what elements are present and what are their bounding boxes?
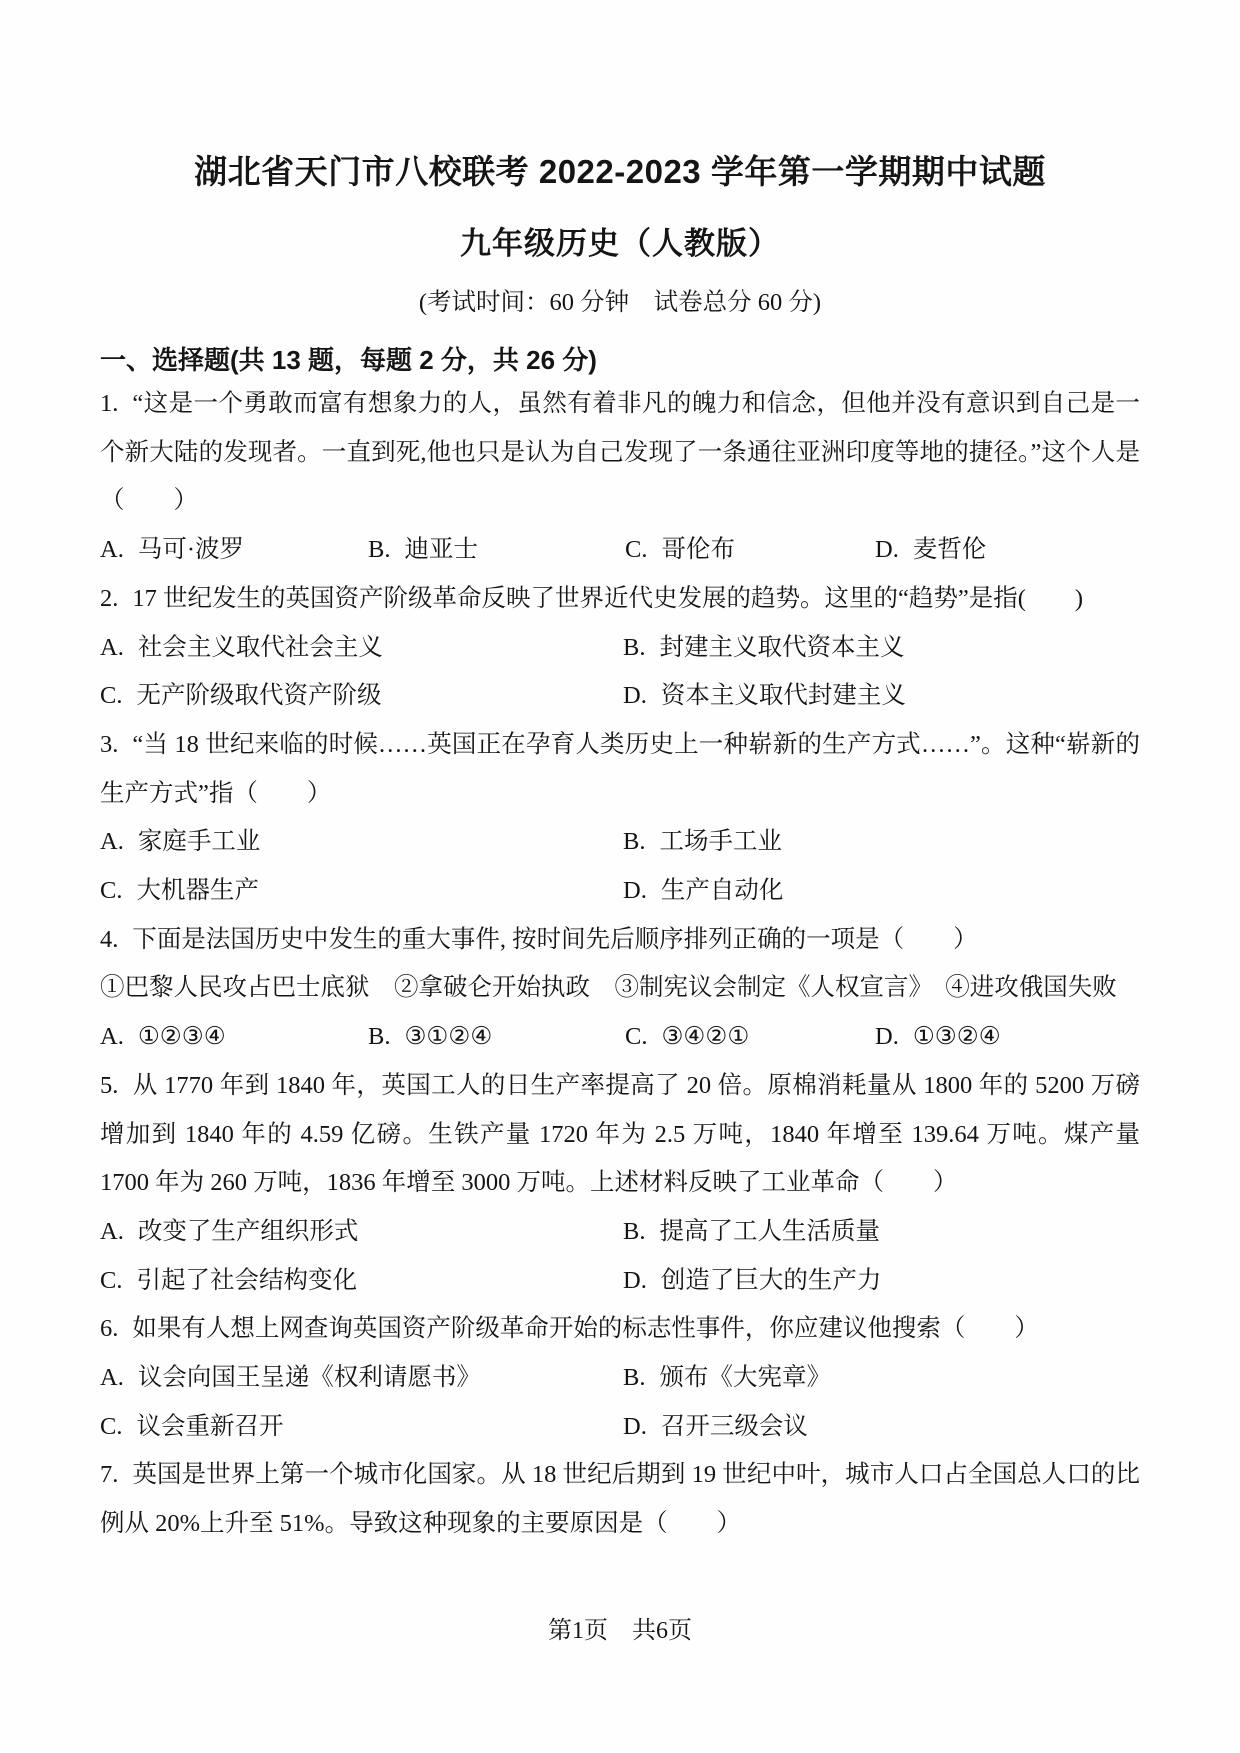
option-b: B.封建主义取代资本主义: [623, 624, 1140, 673]
option-text: 颁布《大宪章》: [659, 1364, 831, 1391]
option-c: C.无产阶级取代资产阶级: [100, 672, 623, 721]
option-label: D.: [623, 877, 647, 904]
question-6: 6.如果有人想上网查询英国资产阶级革命开始的标志性事件，你应建议他搜索（ ） A…: [100, 1305, 1140, 1451]
option-text: ①②③④: [138, 1023, 226, 1050]
option-label: C.: [100, 682, 122, 709]
option-text: 资本主义取代封建主义: [661, 682, 906, 709]
option-text: 封建主义取代资本主义: [659, 634, 904, 661]
question-4: 4.下面是法国历史中发生的重大事件, 按时间先后顺序排列正确的一项是（ ） ①巴…: [100, 916, 1140, 1062]
question-5: 5.从 1770 年到 1840 年，英国工人的日生产率提高了 20 倍。原棉消…: [100, 1062, 1140, 1306]
options-row: C.引起了社会结构变化 D.创造了巨大的生产力: [100, 1257, 1140, 1306]
question-stem: 3.“当 18 世纪来临的时候……英国正在孕育人类历史上一种崭新的生产方式……”…: [100, 721, 1140, 818]
option-c: C.哥伦布: [625, 526, 875, 575]
question-text: 17 世纪发生的英国资产阶级革命反映了世界近代史发展的趋势。这里的“趋势”是指(…: [132, 585, 1083, 612]
option-label: D.: [623, 1267, 647, 1294]
option-label: B.: [623, 828, 645, 855]
option-d: D.资本主义取代封建主义: [623, 672, 1140, 721]
option-text: 哥伦布: [661, 536, 735, 563]
question-number: 6.: [100, 1315, 118, 1342]
question-stem: 1.“这是一个勇敢而富有想象力的人，虽然有着非凡的魄力和信念，但他并没有意识到自…: [100, 380, 1140, 526]
option-text: ③④②①: [661, 1023, 749, 1050]
option-a: A.社会主义取代社会主义: [100, 624, 623, 673]
question-stem: 6.如果有人想上网查询英国资产阶级革命开始的标志性事件，你应建议他搜索（ ）: [100, 1305, 1140, 1354]
question-text: 如果有人想上网查询英国资产阶级革命开始的标志性事件，你应建议他搜索（ ）: [132, 1315, 1039, 1342]
option-text: 召开三级会议: [661, 1413, 808, 1440]
option-text: 创造了巨大的生产力: [661, 1267, 882, 1294]
option-text: 引起了社会结构变化: [136, 1267, 357, 1294]
question-number: 7.: [100, 1461, 118, 1488]
option-label: A.: [100, 1364, 124, 1391]
option-c: C.大机器生产: [100, 867, 623, 916]
question-number: 2.: [100, 585, 118, 612]
question-text: 从 1770 年到 1840 年，英国工人的日生产率提高了 20 倍。原棉消耗量…: [100, 1072, 1140, 1196]
options-row: A.马可·波罗 B.迪亚士 C.哥伦布 D.麦哲伦: [100, 526, 1140, 575]
option-label: B.: [368, 536, 390, 563]
question-number: 1.: [100, 390, 118, 417]
options-row: A.①②③④ B.③①②④ C.③④②① D.①③②④: [100, 1013, 1140, 1062]
options-row: C.无产阶级取代资产阶级 D.资本主义取代封建主义: [100, 672, 1140, 721]
option-text: 改变了生产组织形式: [138, 1218, 359, 1245]
question-list: 1.“这是一个勇敢而富有想象力的人，虽然有着非凡的魄力和信念，但他并没有意识到自…: [100, 380, 1140, 1549]
option-label: A.: [100, 536, 124, 563]
option-a: A.家庭手工业: [100, 818, 623, 867]
option-b: B.工场手工业: [623, 818, 1140, 867]
question-stem: 4.下面是法国历史中发生的重大事件, 按时间先后顺序排列正确的一项是（ ）: [100, 916, 1140, 965]
option-text: 麦哲伦: [913, 536, 987, 563]
option-label: B.: [623, 1218, 645, 1245]
option-b: B.③①②④: [368, 1013, 625, 1062]
options-row: C.议会重新召开 D.召开三级会议: [100, 1403, 1140, 1452]
option-label: A.: [100, 1218, 124, 1245]
option-b: B.提高了工人生活质量: [623, 1208, 1140, 1257]
option-text: 议会向国王呈递《权利请愿书》: [138, 1364, 481, 1391]
question-7: 7.英国是世界上第一个城市化国家。从 18 世纪后期到 19 世纪中叶，城市人口…: [100, 1451, 1140, 1548]
option-label: D.: [875, 1023, 899, 1050]
options-row: C.大机器生产 D.生产自动化: [100, 867, 1140, 916]
option-text: 工场手工业: [659, 828, 782, 855]
option-label: C.: [100, 877, 122, 904]
option-label: B.: [623, 634, 645, 661]
question-text: 下面是法国历史中发生的重大事件, 按时间先后顺序排列正确的一项是（ ）: [132, 926, 977, 953]
option-label: C.: [100, 1413, 122, 1440]
option-text: 生产自动化: [661, 877, 784, 904]
question-3: 3.“当 18 世纪来临的时候……英国正在孕育人类历史上一种崭新的生产方式……”…: [100, 721, 1140, 916]
option-label: B.: [623, 1364, 645, 1391]
option-d: D.①③②④: [875, 1013, 1140, 1062]
question-stem: 7.英国是世界上第一个城市化国家。从 18 世纪后期到 19 世纪中叶，城市人口…: [100, 1451, 1140, 1548]
option-text: 提高了工人生活质量: [659, 1218, 880, 1245]
options-row: A.改变了生产组织形式 B.提高了工人生活质量: [100, 1208, 1140, 1257]
options-row: A.家庭手工业 B.工场手工业: [100, 818, 1140, 867]
option-d: D.麦哲伦: [875, 526, 1140, 575]
options-row: A.社会主义取代社会主义 B.封建主义取代资本主义: [100, 624, 1140, 673]
option-c: C.议会重新召开: [100, 1403, 623, 1452]
document-title: 湖北省天门市八校联考 2022-2023 学年第一学期期中试题: [100, 150, 1140, 194]
option-c: C.③④②①: [625, 1013, 875, 1062]
question-text: 英国是世界上第一个城市化国家。从 18 世纪后期到 19 世纪中叶，城市人口占全…: [100, 1461, 1140, 1537]
option-text: ①③②④: [913, 1023, 1001, 1050]
option-label: C.: [100, 1267, 122, 1294]
question-number: 3.: [100, 731, 118, 758]
option-a: A.马可·波罗: [100, 526, 368, 575]
question-number: 5.: [100, 1072, 118, 1099]
page-content: 湖北省天门市八校联考 2022-2023 学年第一学期期中试题 九年级历史（人教…: [0, 0, 1240, 1549]
option-c: C.引起了社会结构变化: [100, 1257, 623, 1306]
option-text: 议会重新召开: [136, 1413, 283, 1440]
option-label: D.: [875, 536, 899, 563]
option-a: A.①②③④: [100, 1013, 368, 1062]
exam-info: (考试时间：60 分钟 试卷总分 60 分): [100, 288, 1140, 318]
option-text: 迪亚士: [404, 536, 478, 563]
option-text: ③①②④: [404, 1023, 492, 1050]
option-label: A.: [100, 828, 124, 855]
option-d: D.召开三级会议: [623, 1403, 1140, 1452]
option-d: D.生产自动化: [623, 867, 1140, 916]
question-text: “当 18 世纪来临的时候……英国正在孕育人类历史上一种崭新的生产方式……”。这…: [100, 731, 1140, 807]
option-label: A.: [100, 634, 124, 661]
option-a: A.议会向国王呈递《权利请愿书》: [100, 1354, 623, 1403]
question-events: ①巴黎人民攻占巴士底狱 ②拿破仑开始执政 ③制宪议会制定《人权宣言》 ④进攻俄国…: [100, 964, 1140, 1013]
question-2: 2.17 世纪发生的英国资产阶级革命反映了世界近代史发展的趋势。这里的“趋势”是…: [100, 575, 1140, 721]
option-text: 大机器生产: [136, 877, 259, 904]
exam-paper-page: 湖北省天门市八校联考 2022-2023 学年第一学期期中试题 九年级历史（人教…: [0, 0, 1240, 1753]
option-b: B.颁布《大宪章》: [623, 1354, 1140, 1403]
option-label: C.: [625, 536, 647, 563]
option-label: A.: [100, 1023, 124, 1050]
question-stem: 5.从 1770 年到 1840 年，英国工人的日生产率提高了 20 倍。原棉消…: [100, 1062, 1140, 1208]
option-label: D.: [623, 682, 647, 709]
option-text: 无产阶级取代资产阶级: [136, 682, 381, 709]
option-label: C.: [625, 1023, 647, 1050]
question-stem: 2.17 世纪发生的英国资产阶级革命反映了世界近代史发展的趋势。这里的“趋势”是…: [100, 575, 1140, 624]
page-footer: 第1页 共6页: [0, 1616, 1240, 1646]
option-text: 社会主义取代社会主义: [138, 634, 383, 661]
option-text: 马可·波罗: [138, 536, 244, 563]
option-d: D.创造了巨大的生产力: [623, 1257, 1140, 1306]
document-subtitle: 九年级历史（人教版）: [100, 224, 1140, 264]
options-row: A.议会向国王呈递《权利请愿书》 B.颁布《大宪章》: [100, 1354, 1140, 1403]
question-1: 1.“这是一个勇敢而富有想象力的人，虽然有着非凡的魄力和信念，但他并没有意识到自…: [100, 380, 1140, 575]
option-b: B.迪亚士: [368, 526, 625, 575]
option-label: B.: [368, 1023, 390, 1050]
option-a: A.改变了生产组织形式: [100, 1208, 623, 1257]
option-text: 家庭手工业: [138, 828, 261, 855]
question-number: 4.: [100, 926, 118, 953]
section-heading: 一、选择题(共 13 题，每题 2 分，共 26 分): [100, 340, 1140, 380]
option-label: D.: [623, 1413, 647, 1440]
question-text: “这是一个勇敢而富有想象力的人，虽然有着非凡的魄力和信念，但他并没有意识到自己是…: [100, 390, 1140, 514]
